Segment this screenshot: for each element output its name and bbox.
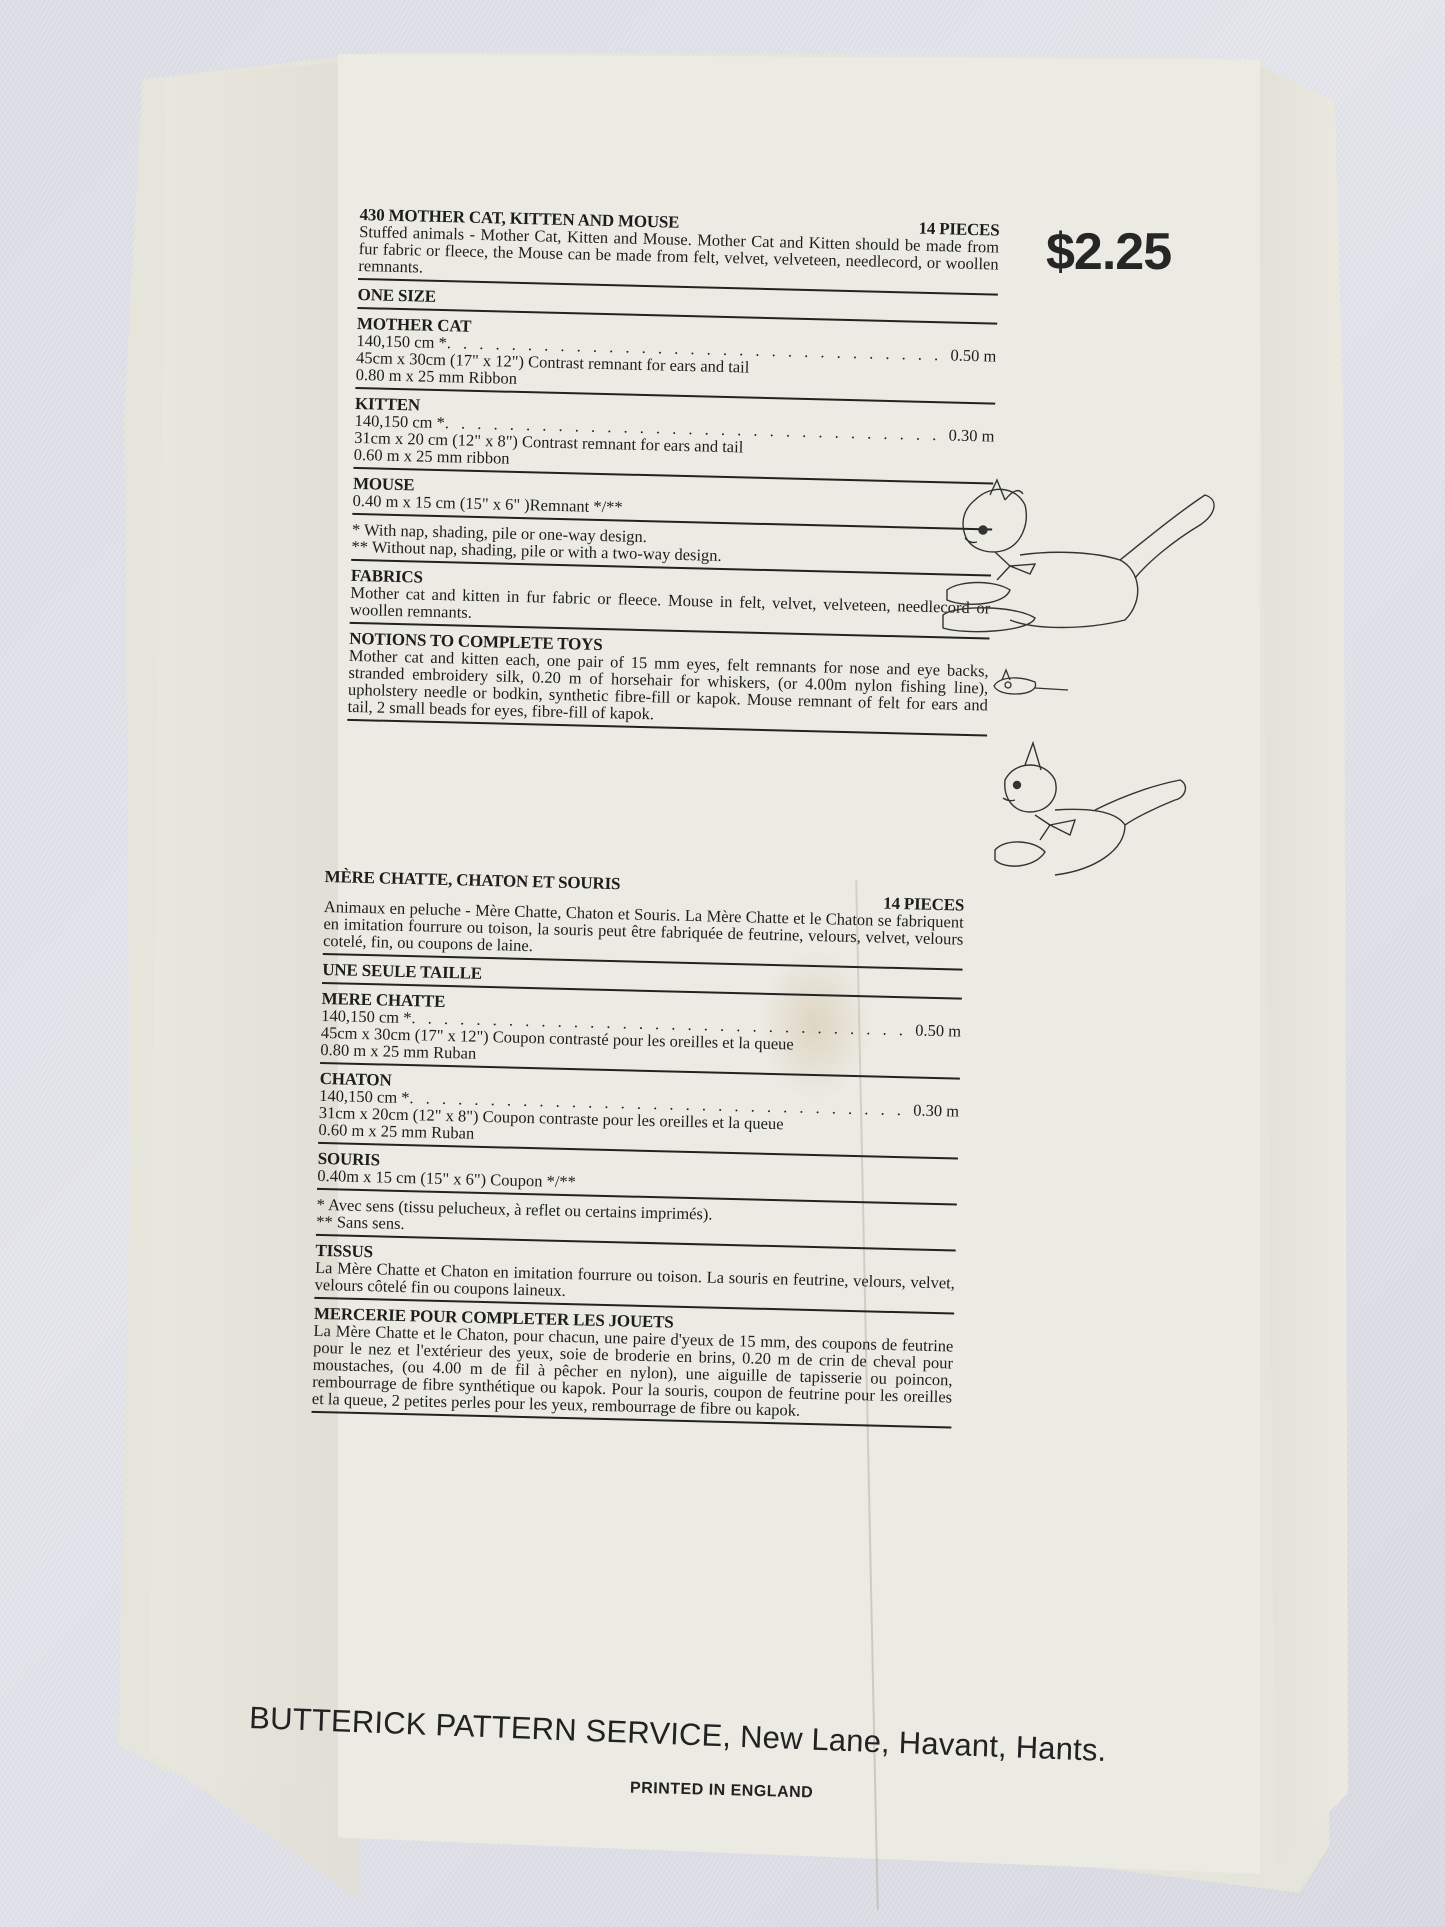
sitting-kitten-illustration xyxy=(985,740,1185,885)
item-mere-chatte: MERE CHATTE 140,150 cm *0.50 m 45cm x 30… xyxy=(320,984,962,1080)
item-chaton: CHATON 140,150 cm *0.30 m 31cm x 20cm (1… xyxy=(318,1064,960,1160)
english-section: 430 MOTHER CAT, KITTEN AND MOUSE 14 PIEC… xyxy=(347,200,1000,736)
item-mother-cat: MOTHER CAT 140,150 cm *0.50 m 45cm x 30c… xyxy=(355,309,997,405)
pattern-header: 430 MOTHER CAT, KITTEN AND MOUSE 14 PIEC… xyxy=(358,200,1000,296)
yardage: 0.50 m xyxy=(950,346,996,364)
notions-section: NOTIONS TO COMPLETE TOYS Mother cat and … xyxy=(347,624,989,737)
pattern-header-fr: MÈRE CHATTE, CHATON ET SOURIS 14 PIECES … xyxy=(323,862,965,971)
mercerie-section: MERCERIE POUR COMPLETER LES JOUETS La Mè… xyxy=(312,1299,955,1429)
mouse-illustration xyxy=(990,668,1070,703)
yardage: 0.30 m xyxy=(913,1101,959,1119)
lying-cat-illustration xyxy=(935,480,1215,645)
item-kitten: KITTEN 140,150 cm *0.30 m 31cm x 20 cm (… xyxy=(353,389,995,485)
yardage: 0.30 m xyxy=(948,426,994,444)
french-section: MÈRE CHATTE, CHATON ET SOURIS 14 PIECES … xyxy=(312,862,965,1428)
yardage: 0.50 m xyxy=(915,1021,961,1039)
price-tag: $2.25 xyxy=(1046,222,1171,282)
